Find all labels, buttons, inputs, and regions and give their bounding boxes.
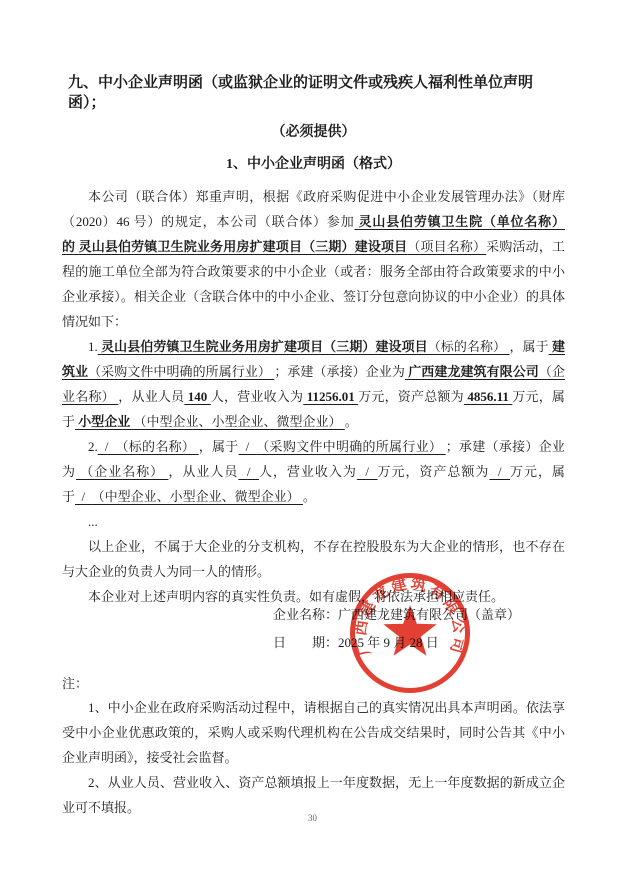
company-name-label: 企业名称： [273, 607, 338, 622]
ellipsis-line: ... [62, 509, 565, 534]
text-run: 灵山县伯劳镇卫生院业务用房扩建项目（三期）建设项目 [98, 339, 428, 354]
text-run: 小型企业 [75, 414, 134, 429]
text-run: / [357, 464, 378, 479]
note-1-paragraph: 1、中小企业在政府采购活动过程中，请根据自己的真实情况出具本声明函。依法享受中小… [62, 695, 565, 770]
declaration-paragraph: 本公司（联合体）郑重声明，根据《政府采购促进中小企业发展管理办法》（财库（202… [62, 184, 565, 334]
text-run: ，从业人员 [168, 464, 238, 479]
text-run: ；承建（承接）企业为 [274, 364, 405, 379]
text-run: 。 [345, 414, 358, 429]
required-note: （必须提供） [62, 124, 565, 141]
text-run: （中型企业、小型企业、微型企业） [92, 489, 303, 504]
text-run: （标的名称） [115, 439, 198, 454]
document-page: 九、中小企业声明函（或监狱企业的证明文件或残疾人福利性单位声明函）； （必须提供… [0, 0, 625, 883]
text-run: / [238, 464, 259, 479]
text-run: 11256.01 [303, 389, 358, 404]
date-label: 日 期： [273, 635, 338, 650]
section-heading: 1、中小企业声明函（格式） [62, 156, 565, 173]
page-number: 30 [0, 813, 625, 823]
text-run: ，从业人员 [118, 389, 184, 404]
item-1-paragraph: 1. 灵山县伯劳镇卫生院业务用房扩建项目（三期）建设项目（标的名称） ，属于 建… [62, 334, 565, 434]
text-run: （采购文件中明确的所属行业） [88, 364, 274, 379]
text-run: （标的名称） [428, 339, 510, 354]
text-run: 广西建龙建筑有限公司 [405, 364, 539, 379]
company-seal: 广西建龙建筑有限公司 [342, 565, 478, 701]
text-run: 万元，资产总额为 [377, 464, 489, 479]
text-run: 人，营业收入为 [259, 464, 357, 479]
text-run: 。 [303, 489, 316, 504]
text-run: （项目名称） [407, 239, 486, 254]
text-run: / [489, 464, 510, 479]
text-run: （采购文件中明确的所属行业） [256, 439, 445, 454]
text-run: / [98, 439, 116, 454]
notes-label: 注： [62, 672, 565, 695]
text-run: 140 [184, 389, 210, 404]
text-run: 2. [88, 439, 98, 454]
seal-star-icon [383, 605, 436, 656]
text-run: （企业名称） [76, 464, 168, 479]
document-title: 九、中小企业声明函（或监狱企业的证明文件或残疾人福利性单位声明函）； [68, 73, 565, 113]
text-run: （中型企业、小型企业、微型企业） [134, 414, 345, 429]
no-large-enterprise-paragraph: 以上企业，不属于大企业的分支机构，不存在控股股东为大企业的情形，也不存在与大企业… [62, 534, 565, 584]
text-run: 4856.11 [464, 389, 512, 404]
item-2-paragraph: 2. / （标的名称） ，属于 / （采购文件中明确的所属行业） ；承建（承接）… [62, 434, 565, 509]
text-run: 人，营业收入为 [211, 389, 303, 404]
text-run: 1. [88, 339, 98, 354]
text-run: / [239, 439, 257, 454]
text-run: 灵山县伯劳镇卫生院业务用房扩建项目（三期）建设项目 [79, 239, 408, 254]
text-run: ，属于 [509, 339, 548, 354]
text-run: / [75, 489, 92, 504]
text-run: ，属于 [199, 439, 239, 454]
text-run: 万元，资产总额为 [358, 389, 464, 404]
